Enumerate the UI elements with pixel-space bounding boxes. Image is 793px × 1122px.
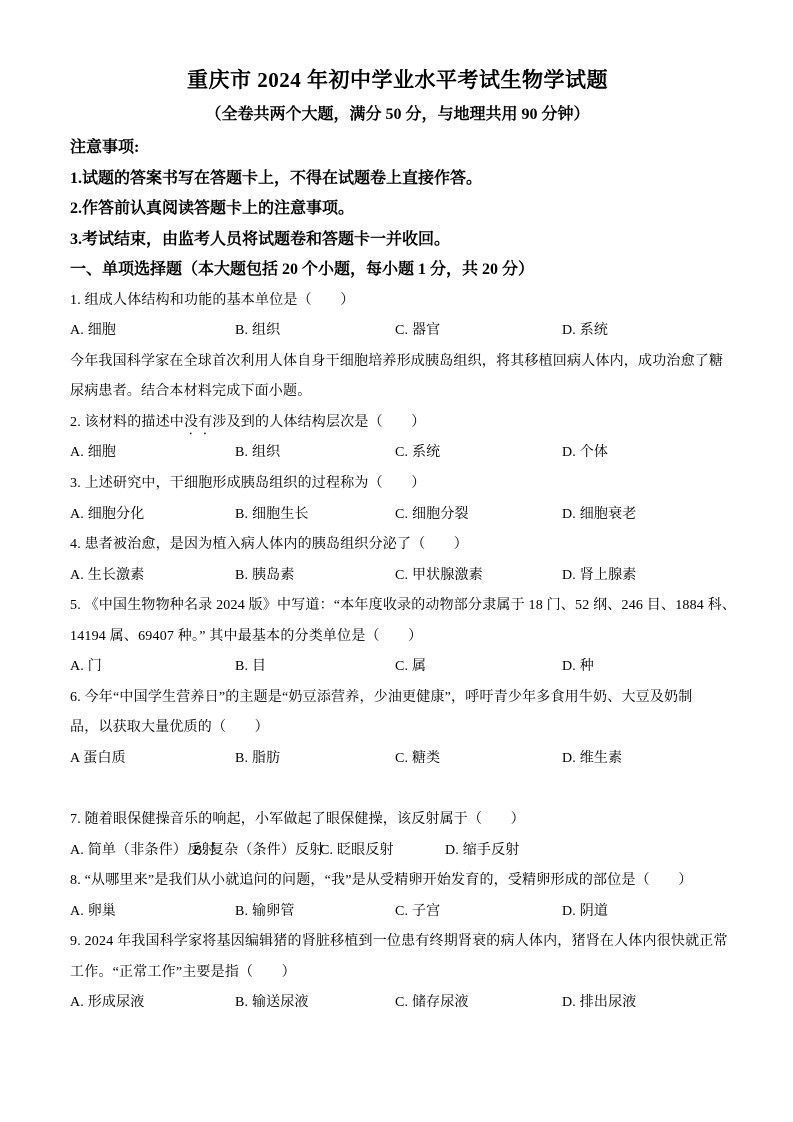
blank-line <box>70 774 725 805</box>
question-9-option-C: C. 储存尿液 <box>395 988 562 1019</box>
question-6-option-B: B. 脂肪 <box>235 744 395 775</box>
question-6-stem-line-2: 品，以获取大量优质的（ ） <box>70 713 725 744</box>
question-2-option-A: A. 细胞 <box>70 438 235 469</box>
question-2-option-D: D. 个体 <box>562 438 725 469</box>
question-4-option-D: D. 肾上腺素 <box>562 561 725 592</box>
question-3-option-A: A. 细胞分化 <box>70 500 235 531</box>
stem-text: 品，以获取大量优质的（ ） <box>70 720 269 735</box>
question-8-options-row: A. 卵巢B. 输卵管C. 子宫D. 阴道 <box>70 897 725 928</box>
question-9-option-A: A. 形成尿液 <box>70 988 235 1019</box>
question-7-option-C: C. 眨眼反射 <box>320 836 445 867</box>
question-5-option-A: A. 门 <box>70 652 235 683</box>
stem-text: 4. 患者被治愈，是因为植入病人体内的胰岛组织分泌了（ ） <box>70 537 468 552</box>
stem-text: 涉及到的人体结构层次是（ ） <box>212 415 425 430</box>
question-4-options-row: A. 生长激素B. 胰岛素C. 甲状腺激素D. 肾上腺素 <box>70 561 725 592</box>
stem-text: 7. 随着眼保健操音乐的响起，小军做起了眼保健操，该反射属于（ ） <box>70 812 525 827</box>
stem-text: 8. “从哪里来”是我们从小就追问的问题，“我”是从受精卵开始发育的，受精卵形成… <box>70 873 692 888</box>
question-5-options-row: A. 门B. 目C. 属D. 种 <box>70 652 725 683</box>
notice-heading: 注意事项: <box>70 133 725 164</box>
question-7-option-B: B. 复杂（条件）反射 <box>193 836 320 867</box>
question-9-option-B: B. 输送尿液 <box>235 988 395 1019</box>
question-6-stem-line-1: 6. 今年“中国学生营养日”的主题是“奶豆添营养，少油更健康”，呼吁青少年多食用… <box>70 683 725 714</box>
document-title: 重庆市 2024 年初中学业水平考试生物学试题 <box>70 64 725 97</box>
question-7-option-D: D. 缩手反射 <box>445 836 725 867</box>
section-heading: 一、单项选择题（本大题包括 20 个小题，每小题 1 分，共 20 分） <box>70 255 725 286</box>
question-3-options-row: A. 细胞分化B. 细胞生长C. 细胞分裂D. 细胞衰老 <box>70 500 725 531</box>
question-5-option-C: C. 属 <box>395 652 562 683</box>
question-3-stem-line-1: 3. 上述研究中，干细胞形成胰岛组织的过程称为（ ） <box>70 469 725 500</box>
question-2-options-row: A. 细胞B. 组织C. 系统D. 个体 <box>70 438 725 469</box>
question-8-option-A: A. 卵巢 <box>70 897 235 928</box>
question-3-option-B: B. 细胞生长 <box>235 500 395 531</box>
material-paragraph-line-1: 今年我国科学家在全球首次利用人体自身干细胞培养形成胰岛组织，将其移植回病人体内，… <box>70 347 725 378</box>
stem-text: 9. 2024 年我国科学家将基因编辑猪的肾脏移植到一位患有终期肾衰的病人体内，… <box>70 934 728 949</box>
notice-item-1: 1.试题的答案书写在答题卡上，不得在试题卷上直接作答。 <box>70 164 725 195</box>
question-7-options-row: A. 简单（非条件）反射B. 复杂（条件）反射C. 眨眼反射D. 缩手反射 <box>70 836 725 867</box>
exam-content: 重庆市 2024 年初中学业水平考试生物学试题 （全卷共两个大题，满分 50 分… <box>70 64 725 1019</box>
question-6-option-C: C. 糖类 <box>395 744 562 775</box>
emphasized-text: 没有 <box>184 415 212 430</box>
question-4-option-C: C. 甲状腺激素 <box>395 561 562 592</box>
stem-text: 14194 属、69407 种。” 其中最基本的分类单位是（ ） <box>70 629 422 644</box>
question-6-options-row: A 蛋白质B. 脂肪C. 糖类D. 维生素 <box>70 744 725 775</box>
stem-text: 1. 组成人体结构和功能的基本单位是（ ） <box>70 293 354 308</box>
question-4-stem-line-1: 4. 患者被治愈，是因为植入病人体内的胰岛组织分泌了（ ） <box>70 530 725 561</box>
question-8-option-C: C. 子宫 <box>395 897 562 928</box>
stem-text: 6. 今年“中国学生营养日”的主题是“奶豆添营养，少油更健康”，呼吁青少年多食用… <box>70 690 692 705</box>
question-1-stem-line-1: 1. 组成人体结构和功能的基本单位是（ ） <box>70 286 725 317</box>
question-5-stem-line-2: 14194 属、69407 种。” 其中最基本的分类单位是（ ） <box>70 622 725 653</box>
question-8-stem-line-1: 8. “从哪里来”是我们从小就追问的问题，“我”是从受精卵开始发育的，受精卵形成… <box>70 866 725 897</box>
question-4-option-B: B. 胰岛素 <box>235 561 395 592</box>
exam-document-page: 重庆市 2024 年初中学业水平考试生物学试题 （全卷共两个大题，满分 50 分… <box>0 0 793 1122</box>
question-9-option-D: D. 排出尿液 <box>562 988 725 1019</box>
question-6-option-D: D. 维生素 <box>562 744 725 775</box>
question-5-option-D: D. 种 <box>562 652 725 683</box>
question-8-option-B: B. 输卵管 <box>235 897 395 928</box>
document-subtitle: （全卷共两个大题，满分 50 分，与地理共用 90 分钟） <box>70 97 725 133</box>
question-6-option-A: A 蛋白质 <box>70 744 235 775</box>
question-9-options-row: A. 形成尿液B. 输送尿液C. 储存尿液D. 排出尿液 <box>70 988 725 1019</box>
question-1-option-C: C. 器官 <box>395 316 562 347</box>
question-4-option-A: A. 生长激素 <box>70 561 235 592</box>
question-9-stem-line-1: 9. 2024 年我国科学家将基因编辑猪的肾脏移植到一位患有终期肾衰的病人体内，… <box>70 927 725 958</box>
notice-item-3: 3.考试结束，由监考人员将试题卷和答题卡一并收回。 <box>70 225 725 256</box>
question-5-option-B: B. 目 <box>235 652 395 683</box>
question-2-option-C: C. 系统 <box>395 438 562 469</box>
stem-text: 5. 《中国生物物种名录 2024 版》中写道：“本年度收录的动物部分隶属于 1… <box>70 598 736 613</box>
question-7-option-A: A. 简单（非条件）反射 <box>70 836 193 867</box>
question-2-stem-line-1: 2. 该材料的描述中没有涉及到的人体结构层次是（ ） <box>70 408 725 439</box>
question-1-option-D: D. 系统 <box>562 316 725 347</box>
question-list: 1. 组成人体结构和功能的基本单位是（ ）A. 细胞B. 组织C. 器官D. 系… <box>70 286 725 1019</box>
question-9-stem-line-2: 工作。“正常工作”主要是指（ ） <box>70 958 725 989</box>
question-3-option-D: D. 细胞衰老 <box>562 500 725 531</box>
question-1-option-B: B. 组织 <box>235 316 395 347</box>
question-2-option-B: B. 组织 <box>235 438 395 469</box>
stem-text: 3. 上述研究中，干细胞形成胰岛组织的过程称为（ ） <box>70 476 425 491</box>
material-paragraph-line-2: 尿病患者。结合本材料完成下面小题。 <box>70 377 725 408</box>
question-1-options-row: A. 细胞B. 组织C. 器官D. 系统 <box>70 316 725 347</box>
stem-text: 工作。“正常工作”主要是指（ ） <box>70 965 296 980</box>
question-1-option-A: A. 细胞 <box>70 316 235 347</box>
question-8-option-D: D. 阴道 <box>562 897 725 928</box>
question-3-option-C: C. 细胞分裂 <box>395 500 562 531</box>
stem-text: 2. 该材料的描述中 <box>70 415 184 430</box>
question-5-stem-line-1: 5. 《中国生物物种名录 2024 版》中写道：“本年度收录的动物部分隶属于 1… <box>70 591 725 622</box>
notice-item-2: 2.作答前认真阅读答题卡上的注意事项。 <box>70 194 725 225</box>
question-7-stem-line-1: 7. 随着眼保健操音乐的响起，小军做起了眼保健操，该反射属于（ ） <box>70 805 725 836</box>
